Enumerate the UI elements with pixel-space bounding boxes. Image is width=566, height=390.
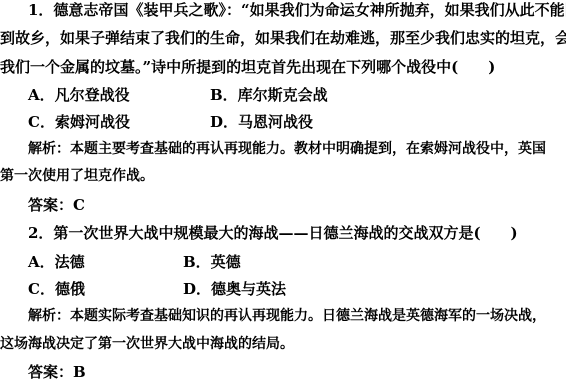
question-1-option-b: B．库尔斯克会战 <box>210 85 328 105</box>
question-2-option-a: A．法德 <box>28 252 85 272</box>
question-2-answer: 答案：B <box>28 362 86 382</box>
question-2-option-c: C．德俄 <box>28 279 85 299</box>
question-2-option-b: B．英德 <box>183 252 241 272</box>
question-2-analysis-line-1: 解析：本题实际考查基础知识的再认再现能力。日德兰海战是英德海军的一场决战， <box>28 306 546 326</box>
question-1-option-c: C．索姆河战役 <box>28 112 130 132</box>
question-1-stem-line-2: 到故乡，如果子弹结束了我们的生命，如果我们在劫难逃，那至少我们忠实的坦克，会给 <box>0 28 566 48</box>
question-1-option-a: A．凡尔登战役 <box>28 85 130 105</box>
question-1-analysis-line-1: 解析：本题主要考查基础的再认再现能力。教材中明确提到，在索姆河战役中，英国 <box>28 139 546 159</box>
question-1-analysis-line-2: 第一次使用了坦克作战。 <box>0 166 154 186</box>
question-2-analysis-line-2: 这场海战决定了第一次世界大战中海战的结局。 <box>0 334 294 354</box>
question-1-stem-line-1: 1．德意志帝国《装甲兵之歌》：“如果我们为命运女神所抛弃，如果我们从此不能回 <box>28 0 566 20</box>
question-1-option-d: D．马恩河战役 <box>210 112 313 132</box>
question-2-option-d: D．德奥与英法 <box>183 279 286 299</box>
question-1-stem-line-3: 我们一个金属的坟墓。”诗中所提到的坦克首先出现在下列哪个战役中( ) <box>0 57 495 77</box>
question-1-answer: 答案：C <box>28 195 85 215</box>
question-2-stem-line-1: 2．第一次世界大战中规模最大的海战——日德兰海战的交战双方是( ) <box>28 223 518 243</box>
